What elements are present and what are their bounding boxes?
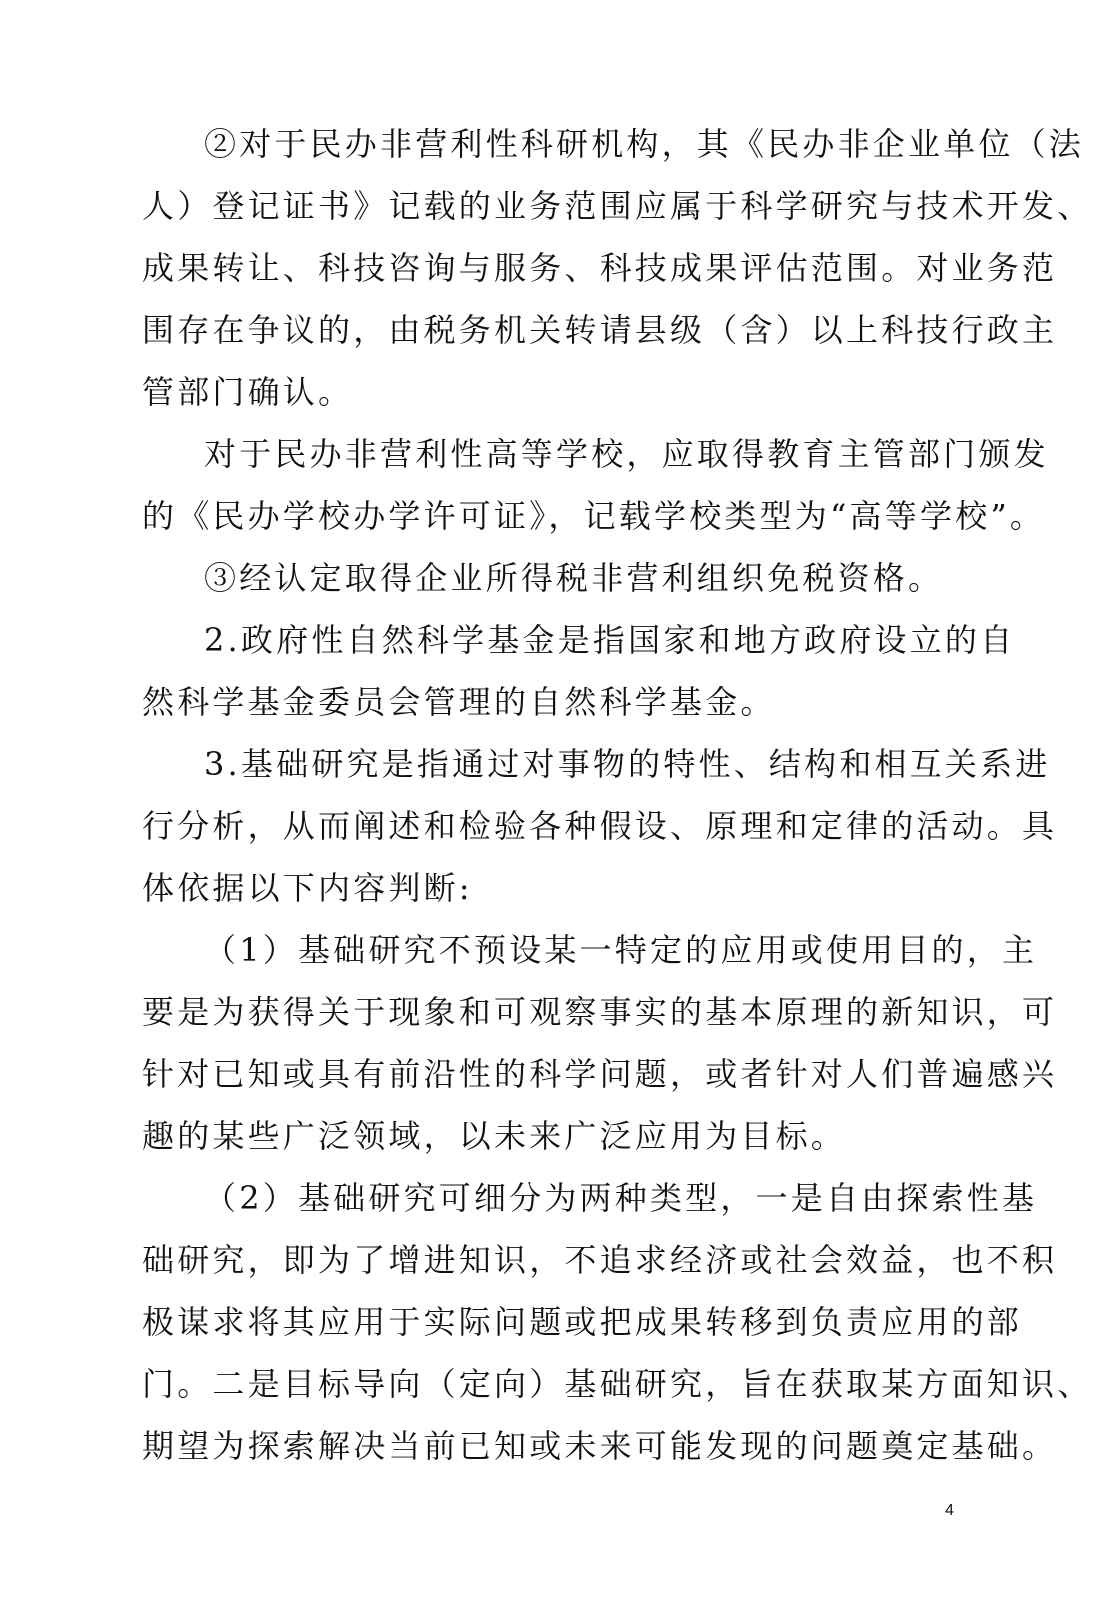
text-line: 极谋求将其应用于实际问题或把成果转移到负责应用的部 <box>142 1302 1022 1342</box>
text-line: 要是为获得关于现象和可观察事实的基本原理的新知识，可 <box>142 992 1057 1032</box>
text-line: （1）基础研究不预设某一特定的应用或使用目的，主 <box>204 930 1037 970</box>
text-line: 成果转让、科技咨询与服务、科技成果评估范围。对业务范 <box>142 248 1057 288</box>
text-line: （2）基础研究可细分为两种类型，一是自由探索性基 <box>204 1178 1037 1218</box>
text-line: 针对已知或具有前沿性的科学问题，或者针对人们普遍感兴 <box>142 1054 1057 1094</box>
document-page: ②对于民办非营利性科研机构，其《民办非企业单位（法人）登记证书》记载的业务范围应… <box>0 0 1116 1598</box>
text-line: 的《民办学校办学许可证》，记载学校类型为“高等学校”。 <box>142 496 1045 536</box>
text-line: 门。二是目标导向（定向）基础研究，旨在获取某方面知识、 <box>142 1364 1092 1404</box>
text-line: 围存在争议的，由税务机关转请县级（含）以上科技行政主 <box>142 310 1057 350</box>
text-line: 然科学基金委员会管理的自然科学基金。 <box>142 682 776 722</box>
text-line: 础研究，即为了增进知识，不追求经济或社会效益，也不积 <box>142 1240 1057 1280</box>
text-line: 期望为探索解决当前已知或未来可能发现的问题奠定基础。 <box>142 1426 1057 1466</box>
text-line: 管部门确认。 <box>142 372 353 412</box>
text-line: 2.政府性自然科学基金是指国家和地方政府设立的自 <box>204 620 1015 660</box>
text-line: 3.基础研究是指通过对事物的特性、结构和相互关系进 <box>204 744 1051 784</box>
text-line: ②对于民办非营利性科研机构，其《民办非企业单位（法 <box>204 124 1084 164</box>
text-line: ③经认定取得企业所得税非营利组织免税资格。 <box>204 558 943 598</box>
text-line: 行分析，从而阐述和检验各种假设、原理和定律的活动。具 <box>142 806 1057 846</box>
text-line: 人）登记证书》记载的业务范围应属于科学研究与技术开发、 <box>142 186 1092 226</box>
text-line: 趣的某些广泛领域，以未来广泛应用为目标。 <box>142 1116 846 1156</box>
page-number: 4 <box>945 1502 954 1520</box>
text-line: 对于民办非营利性高等学校，应取得教育主管部门颁发 <box>204 434 1049 474</box>
text-line: 体依据以下内容判断: <box>142 868 473 908</box>
